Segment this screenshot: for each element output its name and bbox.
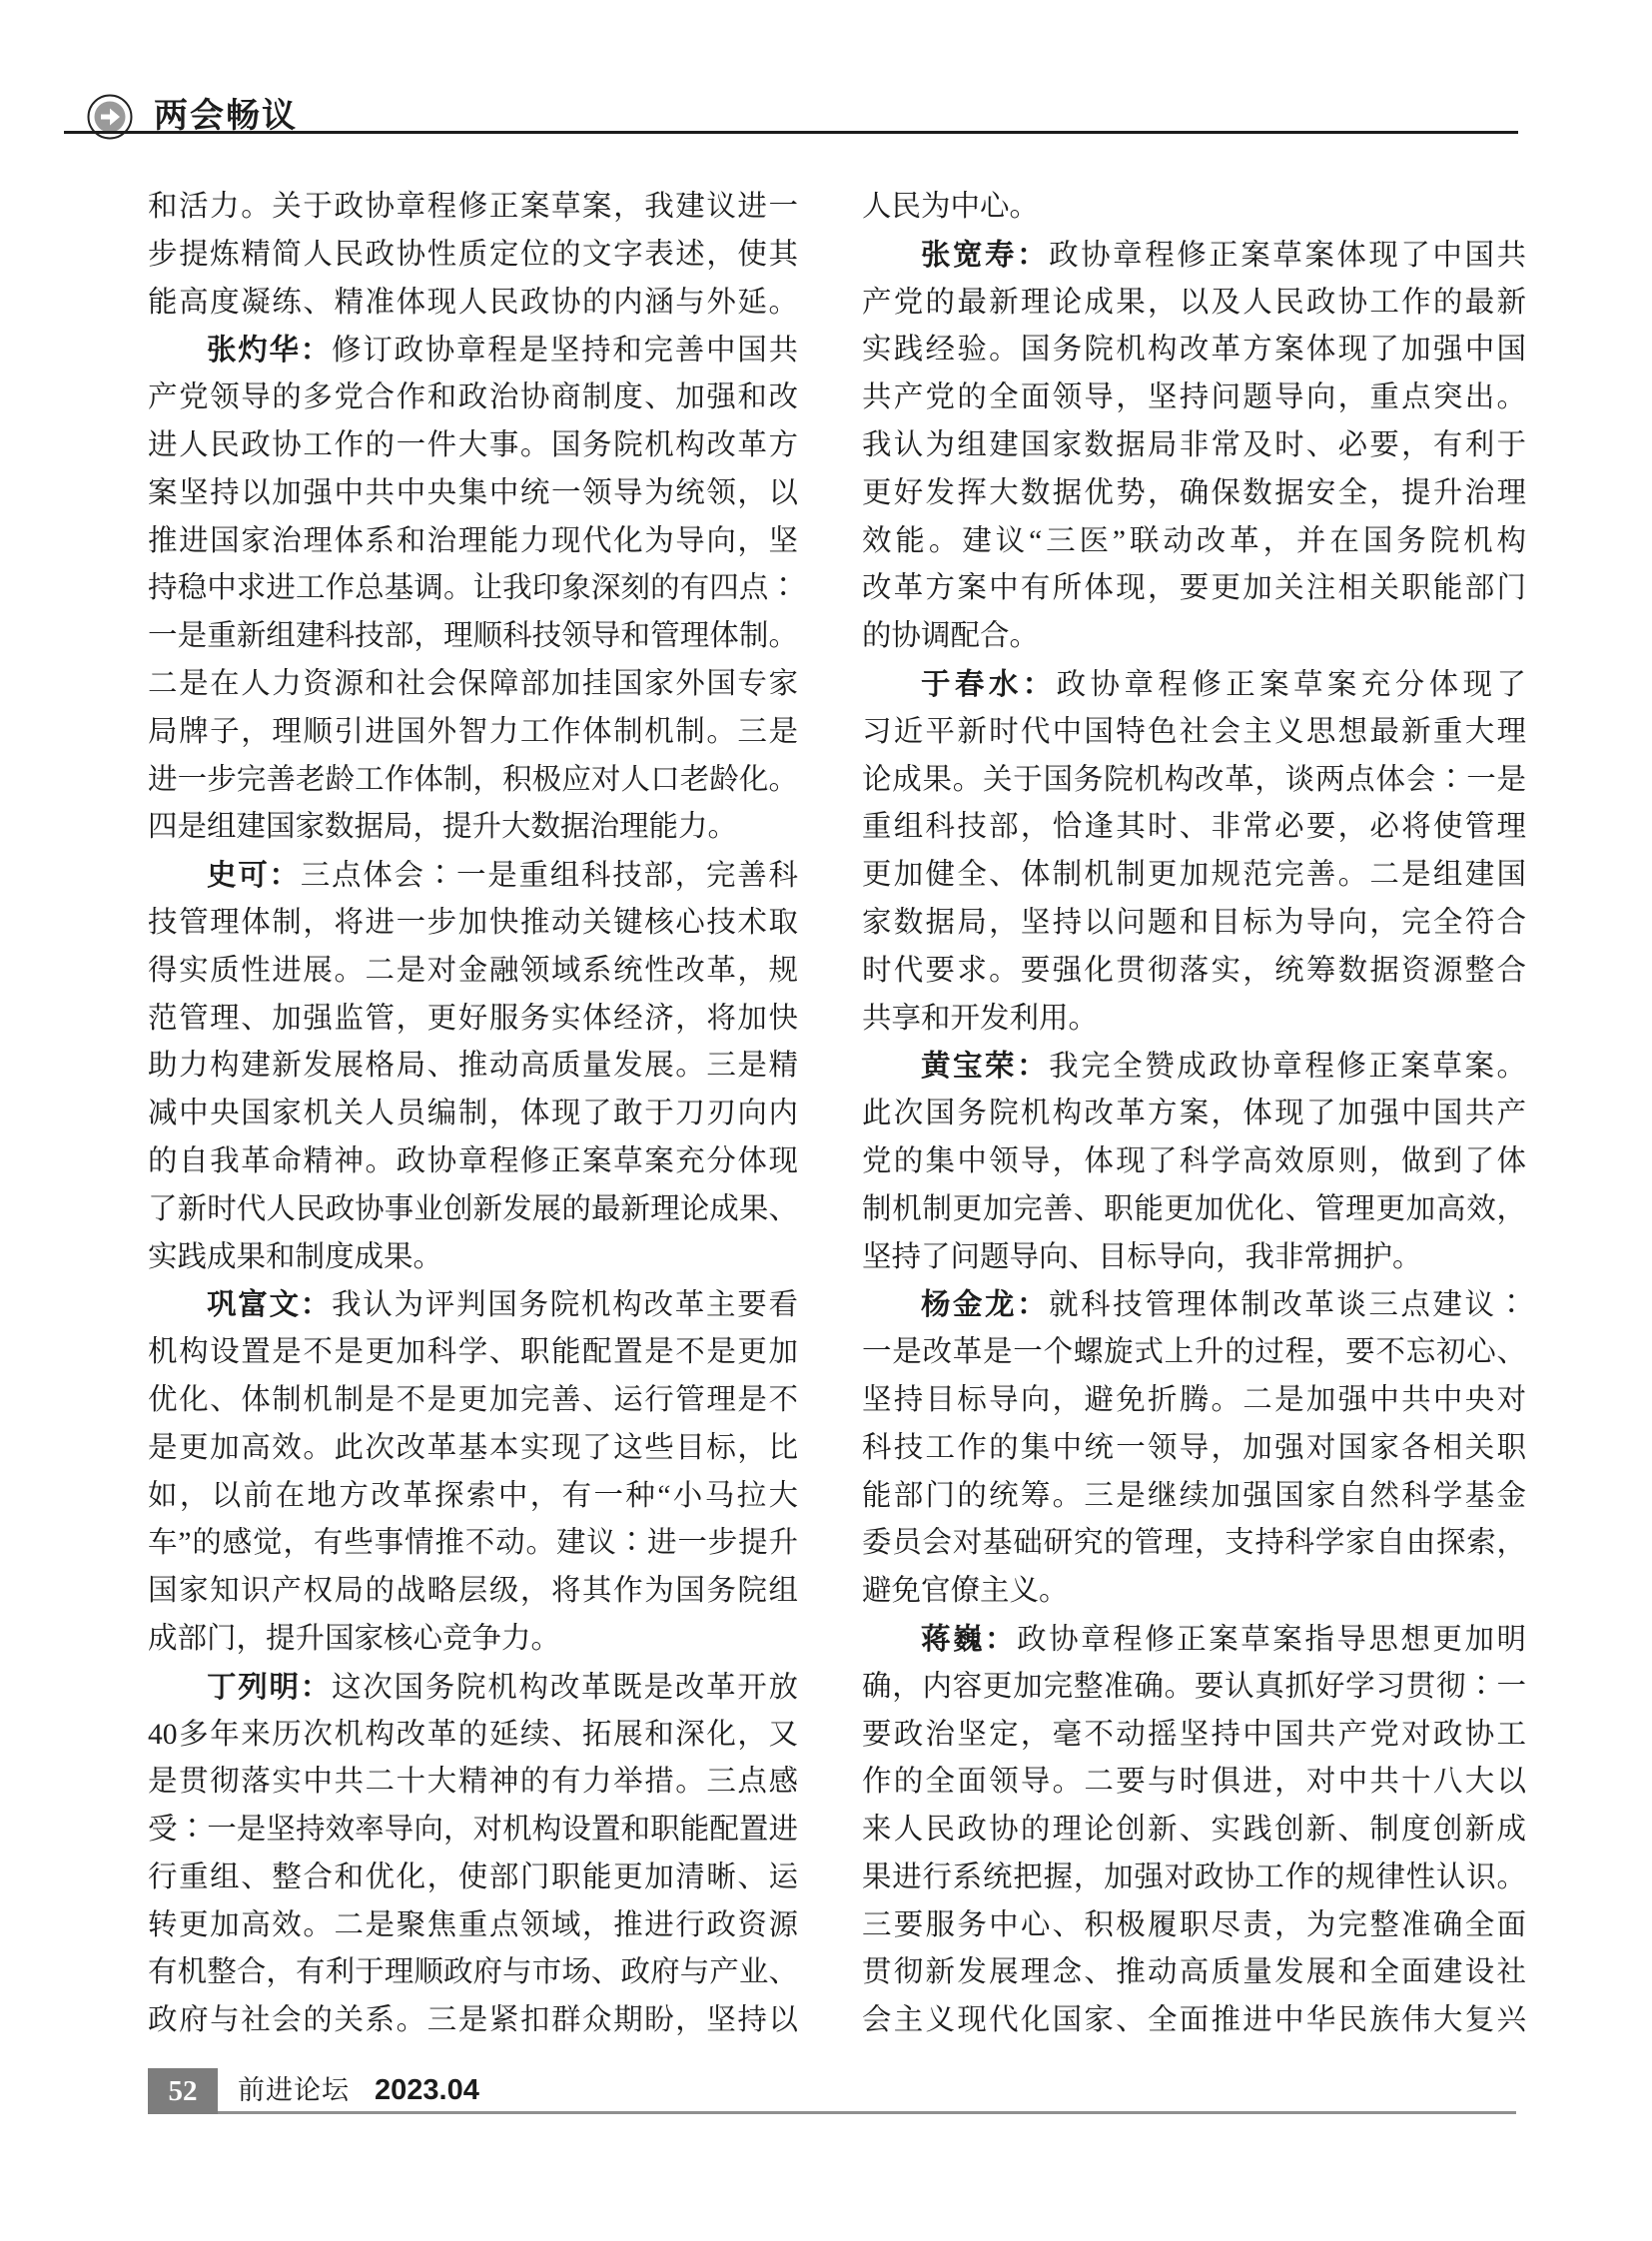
- text-line: 于春水：政协章程修正案草案充分体现了: [862, 661, 1526, 709]
- text-line: 作的全面领导。二要与时俱进，对中共十八大以: [862, 1759, 1526, 1807]
- text-line: 改革方案中有所体现，要更加关注相关职能部门: [862, 565, 1526, 613]
- speaker-name: 巩富文：: [207, 1288, 332, 1321]
- text-line: 坚持了问题导向、目标导向，我非常拥护。: [862, 1234, 1526, 1282]
- text-line: 机构设置是不是更加科学、职能配置是不是更加: [148, 1329, 798, 1377]
- text-line: 是贯彻落实中共二十大精神的有力举措。三点感: [148, 1759, 798, 1807]
- text-line: 更好发挥大数据优势，确保数据安全，提升治理: [862, 470, 1526, 518]
- text-line: 人民为中心。: [862, 184, 1526, 232]
- text-line: 范管理、加强监管，更好服务实体经济，将加快: [148, 996, 798, 1044]
- text-line: 能部门的统筹。三是继续加强国家自然科学基金: [862, 1473, 1526, 1521]
- text-line: 来人民政协的理论创新、实践创新、制度创新成: [862, 1807, 1526, 1855]
- text-line: 会主义现代化国家、全面推进中华民族伟大复兴: [862, 1997, 1526, 2045]
- text-column-left: 和活力。关于政协章程修正案草案，我建议进一步提炼精简人民政协性质定位的文字表述，…: [148, 184, 798, 2045]
- text-line: 技管理体制，将进一步加快推动关键核心技术取: [148, 900, 798, 948]
- text-line: 史可：三点体会∶一是重组科技部，完善科: [148, 852, 798, 900]
- text-line: 贯彻新发展理念、推动高质量发展和全面建设社: [862, 1949, 1526, 1997]
- issue-number: 2023.04: [375, 2068, 479, 2114]
- text-line: 实践经验。国务院机构改革方案体现了加强中国: [862, 327, 1526, 374]
- magazine-page: 两会畅议 和活力。关于政协章程修正案草案，我建议进一步提炼精简人民政协性质定位的…: [0, 0, 1652, 2241]
- text-line: 此次国务院机构改革方案，体现了加强中国共产: [862, 1091, 1526, 1138]
- text-line: 车”的感觉，有些事情推不动。建议∶进一步提升: [148, 1520, 798, 1568]
- text-line: 时代要求。要强化贯彻落实，统筹数据资源整合: [862, 948, 1526, 996]
- speaker-name: 丁列明：: [207, 1671, 332, 1704]
- text-line: 成部门，提升国家核心竞争力。: [148, 1616, 798, 1664]
- text-line: 科技工作的集中统一领导，加强对国家各相关职: [862, 1425, 1526, 1473]
- text-line: 受∶一是坚持效率导向，对机构设置和职能配置进: [148, 1807, 798, 1855]
- text-line: 优化、体制机制是不是更加完善、运行管理是不: [148, 1377, 798, 1425]
- text-line: 的自我革命精神。政协章程修正案草案充分体现: [148, 1138, 798, 1186]
- header-rule: [64, 131, 1518, 134]
- text-line: 论成果。关于国务院机构改革，谈两点体会∶一是: [862, 757, 1526, 805]
- text-line: 步提炼精简人民政协性质定位的文字表述，使其: [148, 232, 798, 280]
- text-line: 助力构建新发展格局、推动高质量发展。三是精: [148, 1043, 798, 1091]
- footer-rule: [218, 2111, 1516, 2114]
- text-line: 转更加高效。二是聚焦重点领域，推进行政资源: [148, 1902, 798, 1950]
- text-line: 推进国家治理体系和治理能力现代化为导向，坚: [148, 518, 798, 566]
- text-line: 确，内容更加完整准确。要认真抓好学习贯彻∶一: [862, 1664, 1526, 1712]
- speaker-name: 杨金龙：: [921, 1288, 1049, 1321]
- text-line: 共产党的全面领导，坚持问题导向，重点突出。: [862, 374, 1526, 422]
- text-line: 的协调配合。: [862, 613, 1526, 661]
- text-line: 如，以前在地方改革探索中，有一种“小马拉大: [148, 1473, 798, 1521]
- text-line: 减中央国家机关人员编制，体现了敢于刀刃向内: [148, 1091, 798, 1138]
- text-line: 一是改革是一个螺旋式上升的过程，要不忘初心、: [862, 1329, 1526, 1377]
- text-line: 党的集中领导，体现了科学高效原则，做到了体: [862, 1138, 1526, 1186]
- text-line: 四是组建国家数据局，提升大数据治理能力。: [148, 804, 798, 852]
- text-line: 黄宝荣：我完全赞成政协章程修正案草案。: [862, 1043, 1526, 1091]
- journal-name: 前进论坛: [238, 2068, 350, 2114]
- text-line: 和活力。关于政协章程修正案草案，我建议进一: [148, 184, 798, 232]
- text-line: 政府与社会的关系。三是紧扣群众期盼，坚持以: [148, 1997, 798, 2045]
- text-line: 了新时代人民政协事业创新发展的最新理论成果、: [148, 1186, 798, 1234]
- text-line: 一是重新组建科技部，理顺科技领导和管理体制。: [148, 613, 798, 661]
- text-line: 三要服务中心、积极履职尽责，为完整准确全面: [862, 1902, 1526, 1950]
- text-line: 产党领导的多党合作和政治协商制度、加强和改: [148, 374, 798, 422]
- text-line: 杨金龙：就科技管理体制改革谈三点建议∶: [862, 1281, 1526, 1329]
- text-column-right: 人民为中心。张宽寿：政协章程修正案草案体现了中国共产党的最新理论成果，以及人民政…: [862, 184, 1526, 2045]
- speaker-name: 于春水：: [921, 668, 1057, 701]
- text-line: 国家知识产权局的战略层级，将其作为国务院组: [148, 1568, 798, 1616]
- text-line: 40多年来历次机构改革的延续、拓展和深化，又: [148, 1712, 798, 1760]
- text-line: 得实质性进展。二是对金融领域系统性改革，规: [148, 948, 798, 996]
- text-line: 委员会对基础研究的管理，支持科学家自由探索，: [862, 1520, 1526, 1568]
- text-line: 张灼华：修订政协章程是坚持和完善中国共: [148, 327, 798, 374]
- text-line: 丁列明：这次国务院机构改革既是改革开放: [148, 1664, 798, 1712]
- section-title: 两会畅议: [154, 96, 298, 136]
- text-line: 蒋巍：政协章程修正案草案指导思想更加明: [862, 1616, 1526, 1664]
- text-line: 习近平新时代中国特色社会主义思想最新重大理: [862, 709, 1526, 757]
- text-line: 我认为组建国家数据局非常及时、必要，有利于: [862, 422, 1526, 470]
- speaker-name: 蒋巍：: [921, 1623, 1017, 1656]
- text-line: 巩富文：我认为评判国务院机构改革主要看: [148, 1281, 798, 1329]
- text-line: 是更加高效。此次改革基本实现了这些目标，比: [148, 1425, 798, 1473]
- text-line: 实践成果和制度成果。: [148, 1234, 798, 1282]
- speaker-name: 黄宝荣：: [921, 1050, 1049, 1083]
- text-line: 张宽寿：政协章程修正案草案体现了中国共: [862, 232, 1526, 280]
- speaker-name: 张宽寿：: [921, 239, 1049, 272]
- text-line: 进人民政协工作的一件大事。国务院机构改革方: [148, 422, 798, 470]
- text-line: 行重组、整合和优化，使部门职能更加清晰、运: [148, 1855, 798, 1902]
- text-line: 制机制更加完善、职能更加优化、管理更加高效，: [862, 1186, 1526, 1234]
- text-line: 家数据局，坚持以问题和目标为导向，完全符合: [862, 900, 1526, 948]
- text-line: 案坚持以加强中共中央集中统一领导为统领，以: [148, 470, 798, 518]
- text-line: 产党的最新理论成果，以及人民政协工作的最新: [862, 280, 1526, 328]
- speaker-name: 张灼华：: [207, 334, 332, 367]
- text-line: 果进行系统把握，加强对政协工作的规律性认识。: [862, 1855, 1526, 1902]
- text-line: 效能。建议“三医”联动改革，并在国务院机构: [862, 518, 1526, 566]
- text-line: 持稳中求进工作总基调。让我印象深刻的有四点∶: [148, 565, 798, 613]
- text-line: 重组科技部，恰逢其时、非常必要，必将使管理: [862, 804, 1526, 852]
- page-number-badge: 52: [148, 2068, 218, 2114]
- text-line: 要政治坚定，毫不动摇坚持中国共产党对政协工: [862, 1712, 1526, 1760]
- text-line: 局牌子，理顺引进国外智力工作体制机制。三是: [148, 709, 798, 757]
- text-line: 有机整合，有利于理顺政府与市场、政府与产业、: [148, 1949, 798, 1997]
- text-line: 避免官僚主义。: [862, 1568, 1526, 1616]
- text-line: 能高度凝练、精准体现人民政协的内涵与外延。: [148, 280, 798, 328]
- text-line: 共享和开发利用。: [862, 996, 1526, 1044]
- text-line: 更加健全、体制机制更加规范完善。二是组建国: [862, 852, 1526, 900]
- speaker-name: 史可：: [207, 859, 301, 892]
- text-line: 二是在人力资源和社会保障部加挂国家外国专家: [148, 661, 798, 709]
- text-line: 坚持目标导向，避免折腾。二是加强中共中央对: [862, 1377, 1526, 1425]
- text-line: 进一步完善老龄工作体制，积极应对人口老龄化。: [148, 757, 798, 805]
